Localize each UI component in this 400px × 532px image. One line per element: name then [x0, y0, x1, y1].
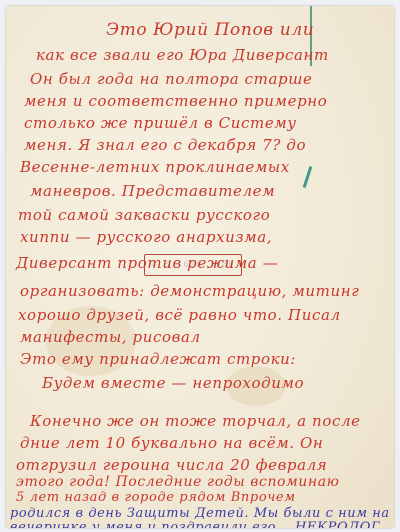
letter-line: дние лет 10 буквально на всём. Он	[20, 434, 323, 452]
letter-line: Конечно же он тоже торчал, а после	[30, 412, 361, 430]
letter-line: столько же пришёл в Систему	[24, 114, 297, 132]
letter-line: 5 лет назад в городе рядом Впрочем	[16, 490, 296, 505]
letter-paper: 4 8 .623 1980 Это Юрий Попов или как все…	[6, 6, 394, 528]
letter-line: маневров. Представителем	[30, 182, 275, 200]
letter-line: меня. Я знал его с декабря 7? до	[24, 136, 306, 154]
letter-line: Он был года на полтора старше	[30, 70, 313, 88]
letter-line: манифесты, рисовал	[20, 328, 201, 346]
letter-line: хиппи — русского анархизма,	[20, 228, 272, 246]
letter-line: Будем вместе — непроходимо	[42, 374, 304, 392]
letter-line-blue: вечеринке у меня и поздравили его... НЕК…	[10, 520, 380, 528]
letter-line: той самой закваски русского	[18, 206, 270, 224]
letter-line: меня и соответственно примерно	[24, 92, 327, 110]
letter-line-blue: родился в день Защиты Детей. Мы были с н…	[10, 506, 390, 521]
letter-line: Весенне-летних проклинаемых	[20, 158, 290, 176]
letter-line: Диверсант против режима —	[16, 254, 278, 272]
letter-line: Это ему принадлежат строки:	[20, 350, 296, 368]
letter-line: отгрузил героина числа 20 февраля	[16, 456, 327, 474]
green-ink-mark	[303, 166, 313, 188]
letter-line: Это Юрий Попов или	[106, 20, 314, 40]
letter-line: как все звали его Юра Диверсант	[36, 46, 329, 64]
letter-line: этого года! Последние годы вспоминаю	[16, 474, 340, 490]
letter-line: хорошо друзей, всё равно что. Писал	[18, 306, 341, 324]
letter-line: организовать: демонстрацию, митинг	[20, 282, 359, 300]
